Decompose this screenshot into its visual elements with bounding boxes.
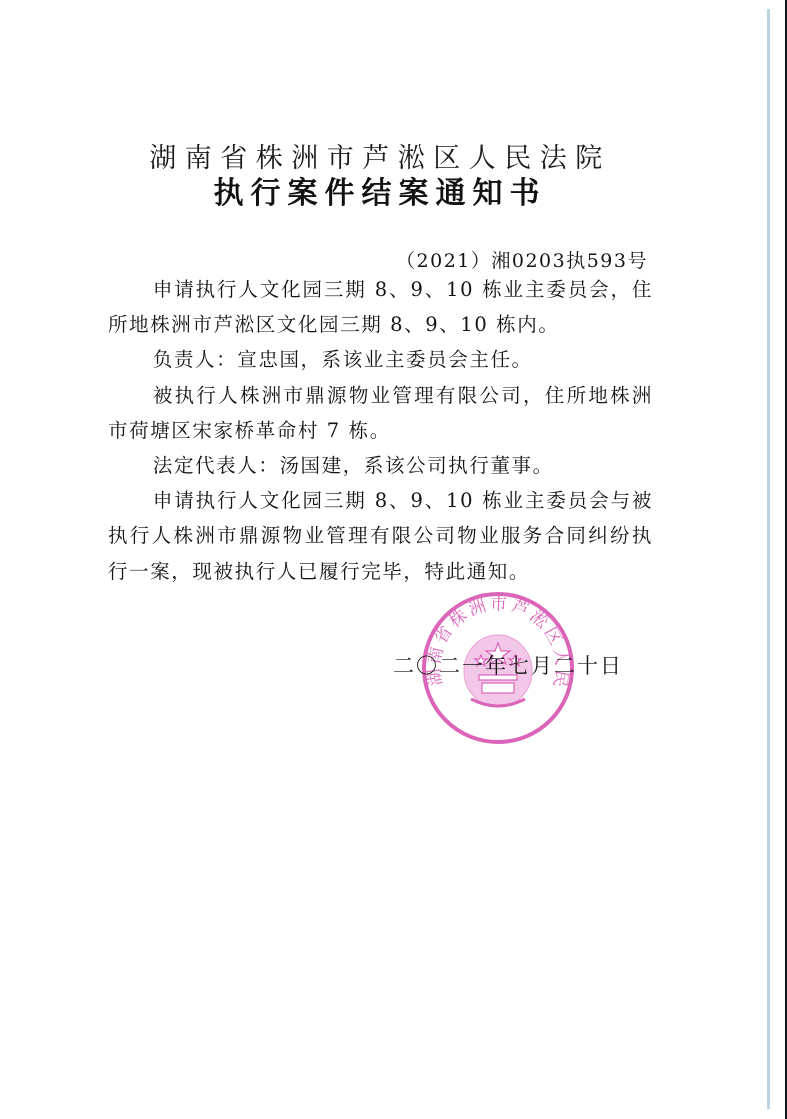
paragraph-legal-representative: 法定代表人：汤国建，系该公司执行董事。 [108,448,653,483]
document-page: 湖南省株洲市芦淞区人民法院 执行案件结案通知书 （2021）湘0203执593号… [0,0,787,1119]
document-title: 执行案件结案通知书 [140,168,620,212]
paragraph-applicant: 申请执行人文化园三期 8、9、10 栋业主委员会，住所地株洲市芦淞区文化园三期 … [108,272,653,342]
scan-edge-line [767,9,770,1109]
paragraph-applicant-representative: 负责人：宣忠国，系该业主委员会主任。 [108,342,653,377]
paragraph-respondent: 被执行人株洲市鼎源物业管理有限公司，住所地株洲市荷塘区宋家桥革命村 7 栋。 [108,378,653,448]
issue-date: 二〇二一年七月二十日 [393,650,623,680]
paragraph-notice: 申请执行人文化园三期 8、9、10 栋业主委员会与被执行人株洲市鼎源物业管理有限… [108,483,653,589]
document-body: 申请执行人文化园三期 8、9、10 栋业主委员会，住所地株洲市芦淞区文化园三期 … [108,272,653,589]
case-number: （2021）湘0203执593号 [396,246,648,273]
